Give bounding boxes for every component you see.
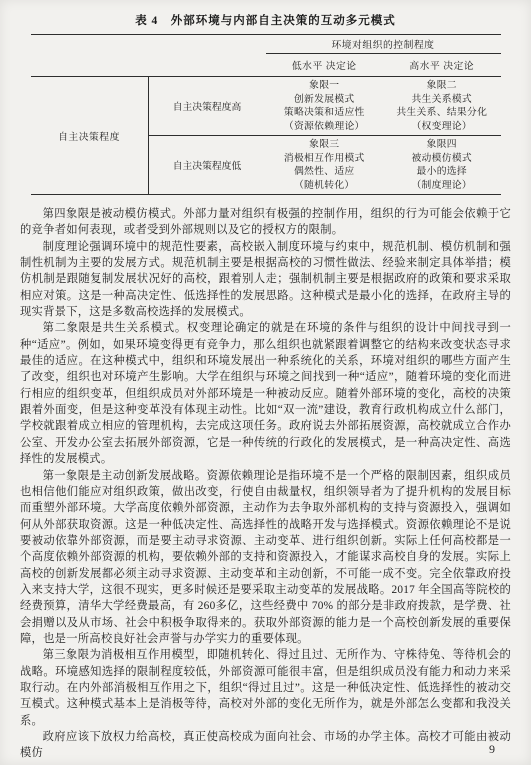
quadrant-3-title: 象限三 — [268, 138, 382, 152]
paragraph-quadrant2-symbiosis: 第二象限是共生关系模式。权变理论确定的就是在环境的条件与组织的设计中间找寻到一种… — [20, 320, 511, 467]
row-label-high: 自主决策程度高 — [148, 77, 266, 136]
table-empty-corner — [31, 35, 266, 54]
quadrant-4-title: 象限四 — [385, 138, 499, 152]
table-spanner-header: 环境对组织的控制程度 — [266, 35, 501, 54]
quadrant-2-trait: 共生关系、结果分化 — [385, 106, 499, 120]
interaction-modes-table: 环境对组织的控制程度 低水平 决定论 高水平 决定论 自主决策程度 自主决策程度… — [31, 34, 501, 195]
table-row-high-autonomy: 自主决策程度 自主决策程度高 象限一 创新发展模式 策略决策和适应性 （资源依赖… — [31, 77, 501, 136]
quadrant-1-trait: 策略决策和适应性 — [268, 106, 382, 120]
cell-quadrant-1: 象限一 创新发展模式 策略决策和适应性 （资源依赖理论） — [266, 77, 384, 136]
table-empty-corner — [31, 54, 266, 77]
cell-quadrant-3: 象限三 消极相互作用模式 偶然性、适应 （随机转化） — [266, 136, 384, 195]
cell-quadrant-2: 象限二 共生关系模式 共生关系、结果分化 （权变理论） — [383, 77, 501, 136]
paragraph-quadrant4-intro: 第四象限是被动模仿模式。外部力量对组织有极强的控制作用，组织的行为可能会依赖于它… — [20, 206, 511, 239]
paragraph-quadrant1-innovation: 第一象限是主动创新发展战略。资源依赖理论是指环境不是一个严格的限制因素，组织成员… — [20, 468, 511, 648]
quadrant-1-theory: （资源依赖理论） — [268, 120, 382, 134]
quadrant-1-title: 象限一 — [268, 79, 382, 93]
table-spanner-row: 环境对组织的控制程度 — [31, 35, 501, 54]
quadrant-3-trait: 偶然性、适应 — [268, 165, 382, 179]
quadrant-3-mode: 消极相互作用模式 — [268, 152, 382, 166]
row-label-low: 自主决策程度低 — [148, 136, 266, 195]
scanned-paper-page: 表 4 外部环境与内部自主决策的互动多元模式 环境对组织的控制程度 低水平 决定… — [0, 0, 531, 765]
quadrant-4-theory: （制度理论） — [385, 179, 499, 193]
paragraph-government-devolution: 政府应该下放权力给高校，真正使高校成为面向社会、市场的办学主体。高校才可能由被动… — [20, 729, 511, 762]
quadrant-4-trait: 最小的选择 — [385, 165, 499, 179]
col-header-low-determinism: 低水平 决定论 — [266, 54, 384, 77]
page-number: 9 — [489, 742, 495, 757]
table-caption: 表 4 外部环境与内部自主决策的互动多元模式 — [0, 0, 531, 28]
row-group-header: 自主决策程度 — [31, 77, 149, 195]
quadrant-2-mode: 共生关系模式 — [385, 93, 499, 107]
table-subheader-row: 低水平 决定论 高水平 决定论 — [31, 54, 501, 77]
article-body: 第四象限是被动模仿模式。外部力量对组织有极强的控制作用，组织的行为可能会依赖于它… — [0, 195, 531, 762]
quadrant-3-theory: （随机转化） — [268, 179, 382, 193]
col-header-high-determinism: 高水平 决定论 — [383, 54, 501, 77]
paragraph-institutional-theory: 制度理论强调环境中的规范性要素，高校嵌入制度环境与约束中，规范机制、模仿机制和强… — [20, 239, 511, 321]
quadrant-4-mode: 被动模仿模式 — [385, 152, 499, 166]
cell-quadrant-4: 象限四 被动模仿模式 最小的选择 （制度理论） — [383, 136, 501, 195]
quadrant-1-mode: 创新发展模式 — [268, 93, 382, 107]
quadrant-2-title: 象限二 — [385, 79, 499, 93]
quadrant-2-theory: （权变理论） — [385, 120, 499, 134]
paragraph-quadrant3-passive: 第三象限为消极相互作用模型，即随机转化、得过且过、无所作为、守株待兔、等待机会的… — [20, 647, 511, 729]
